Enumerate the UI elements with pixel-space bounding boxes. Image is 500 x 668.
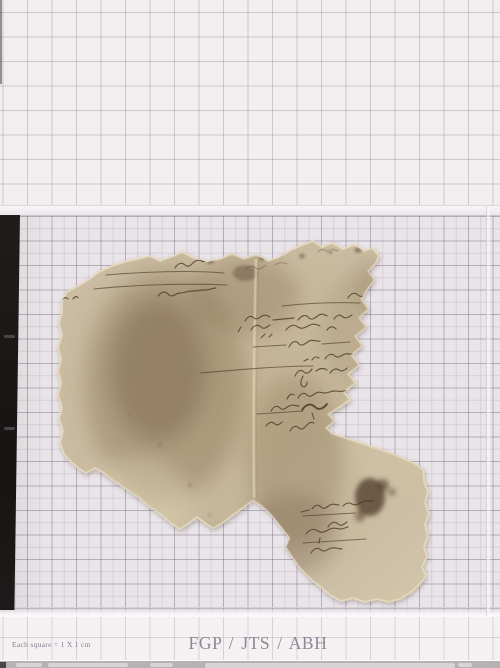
manuscript-fragment [40,235,450,615]
plate-top-edge [0,205,500,216]
strip-highlight [48,663,128,667]
strip-highlight [150,663,173,667]
collection-caption: FGP / JTS / ABH [16,633,500,654]
edge-artifact [0,0,2,84]
adjacent-scan-strip [0,660,500,668]
scan-page: Each square = 1 X 1 cm FGP / JTS / ABH [0,0,500,668]
strip-highlight [205,663,455,668]
plate-right-edge [486,206,490,616]
strip-highlight [16,663,42,667]
spine-scratch [4,335,15,338]
strip-dark-mark [0,662,6,668]
spine-scratch [4,427,15,430]
strip-highlight [458,663,472,667]
